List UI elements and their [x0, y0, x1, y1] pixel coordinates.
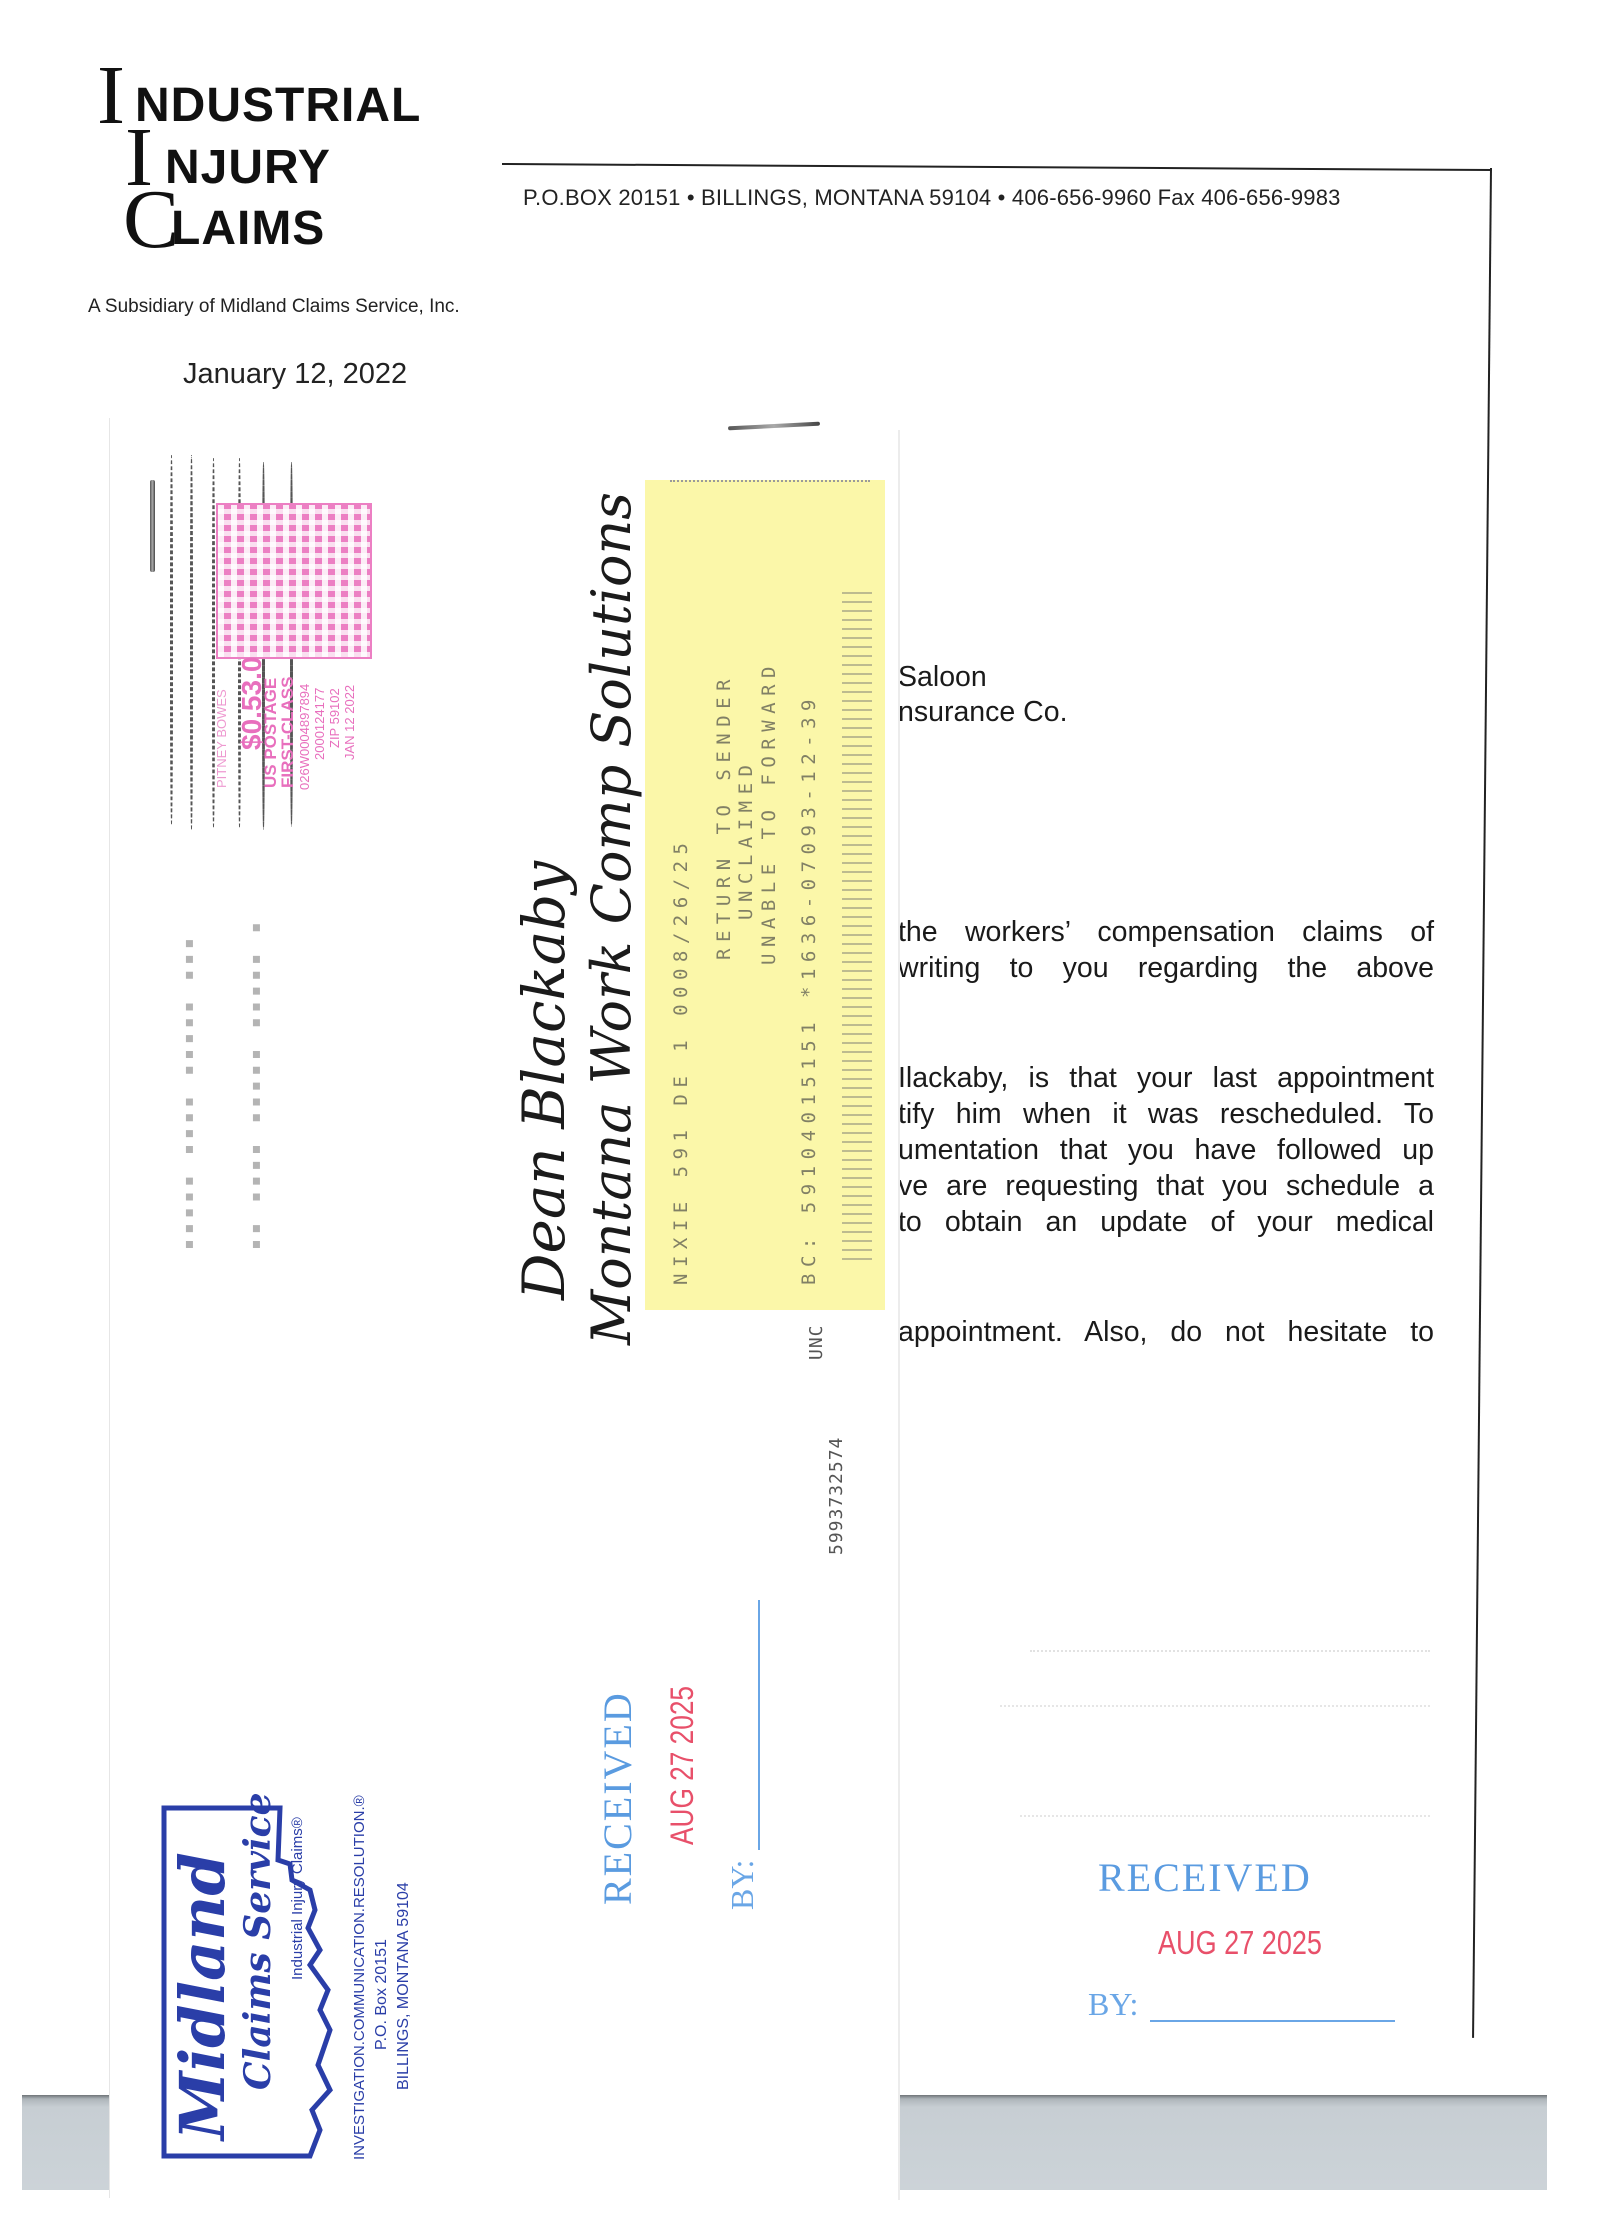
midland-motto: INVESTIGATION.COMMUNICATION.RESOLUTION.®	[352, 1795, 367, 2160]
logo-word-industrial: NDUSTRIAL	[135, 82, 421, 130]
midland-city: BILLINGS, MONTANA 59104	[396, 1882, 412, 2090]
logo-word-claims: LAIMS	[171, 205, 325, 253]
company-logo: I NDUSTRIAL I NJURY C LAIMS	[95, 60, 455, 260]
label-top-edge	[670, 480, 870, 485]
logo-word-injury: NJURY	[165, 144, 331, 192]
envelope-received-signature-line	[758, 1600, 760, 1850]
body-line: tify him when it was rescheduled. To	[898, 1100, 1434, 1129]
cancellation-wave	[190, 455, 193, 830]
ghost-address-line: ▪▪ ▪▪▪▪ ▪▪▪▪▪ ▪▪▪▪▪ ▪	[245, 917, 266, 1250]
barcode-number: 5993732574	[826, 1437, 847, 1555]
postage-serial: 2000124177	[313, 688, 326, 760]
staple-mark	[150, 480, 155, 572]
postage-class: FIRST-CLASS	[279, 677, 296, 788]
received-stamp-date: AUG 27 2025	[1158, 1926, 1322, 1959]
postage-label: US POSTAGE	[262, 678, 279, 788]
midland-claims-logo: Midland Claims Service Industrial Injury…	[160, 1780, 440, 2160]
body-line: writing to you regarding the above	[898, 954, 1434, 983]
label-unable-to-forward: UNABLE TO FORWARD	[760, 660, 779, 965]
company-address: P.O.BOX 20151 • BILLINGS, MONTANA 59104 …	[523, 185, 1341, 211]
label-barcode-bars	[842, 590, 872, 1260]
body-line: umentation that you have followed up	[898, 1136, 1434, 1165]
postage-zip: ZIP 59102	[328, 688, 341, 748]
postage-datamatrix-code	[218, 505, 370, 657]
label-unclaimed: UNCLAIMED	[737, 759, 756, 920]
ghost-marks	[1020, 1815, 1430, 1820]
handwritten-recipient-name: Dean Blackaby	[515, 861, 573, 1300]
received-stamp-by: BY:	[1088, 1988, 1138, 2020]
body-line: ve are requesting that you schedule a	[898, 1172, 1434, 1201]
envelope-received-by: BY:	[726, 1860, 758, 1910]
received-stamp-signature-line	[1150, 2020, 1395, 2022]
received-stamp-title: RECEIVED	[1098, 1858, 1312, 1898]
ghost-marks	[1000, 1705, 1430, 1710]
ghost-address-line: ▪▪▪▪▪ ▪▪▪▪ ▪▪▪▪▪ ▪▪▪	[178, 933, 199, 1250]
label-nixie-line: NIXIE 591 DE 1 0008/26/25	[672, 837, 691, 1285]
header-rule	[502, 163, 1492, 171]
subsidiary-text: A Subsidiary of Midland Claims Service, …	[88, 296, 460, 318]
page-border-right	[1472, 168, 1492, 2038]
midland-name-line1: Midland	[172, 1852, 234, 2140]
label-barcode-line: BC: 59104015151 *1636-07093-12-39	[800, 693, 819, 1285]
midland-name-line2: Claims Service	[240, 1792, 276, 2090]
midland-tagline: Industrial Injury Claims®	[290, 1817, 305, 1980]
body-line: appointment. Also, do not hesitate to	[898, 1318, 1434, 1347]
barcode-code: UNC	[806, 1324, 827, 1360]
ghost-marks	[1030, 1650, 1430, 1655]
letter-date: January 12, 2022	[183, 358, 407, 391]
body-line: to obtain an update of your medical	[898, 1208, 1434, 1237]
body-line: the workers’ compensation claims of	[898, 918, 1434, 947]
recipient-line: Saloon	[898, 663, 987, 692]
handwritten-recipient-company: Montana Work Comp Solutions	[585, 492, 639, 1345]
postage-date: JAN 12 2022	[343, 685, 356, 760]
envelope-edge	[898, 430, 900, 2200]
postage-meter-id: 026W0004897894	[298, 684, 311, 790]
logo-cap-1: I	[97, 54, 125, 138]
envelope-received-stamp: RECEIVED AUG 27 2025 BY:	[598, 1585, 788, 1905]
cancellation-wave	[170, 455, 173, 825]
body-line: Ιlackaby, is that your last appointment	[898, 1064, 1434, 1093]
postage-vendor: PITNEY BOWES	[215, 689, 228, 788]
label-return-to-sender: RETURN TO SENDER	[715, 673, 734, 960]
recipient-line: nsurance Co.	[898, 698, 1068, 727]
midland-po-box: P.O. Box 20151	[374, 1939, 390, 2050]
envelope-received-date: AUG 27 2025	[666, 1686, 698, 1845]
envelope-received-title: RECEIVED	[598, 1691, 638, 1905]
